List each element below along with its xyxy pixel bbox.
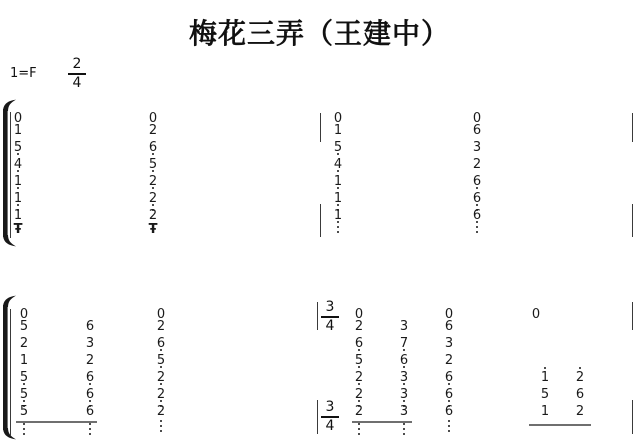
score-title: 梅花三弄（王建中） (0, 17, 639, 51)
note: 1 (534, 372, 556, 384)
note-digit: 1 (541, 370, 549, 385)
note: 2 (348, 372, 370, 384)
note-digit: 1 (541, 404, 549, 419)
octave-dots-below (327, 221, 349, 236)
note: 3 (438, 338, 460, 350)
note: 2 (142, 125, 164, 137)
octave-dots-below (393, 423, 415, 438)
note: 7 (393, 338, 415, 350)
note-digit: 2 (576, 404, 584, 419)
beam (529, 424, 591, 426)
note: 5 (150, 355, 172, 367)
note-digit: 2 (149, 123, 157, 138)
note-digit: 6 (473, 123, 481, 138)
note: 2 (438, 355, 460, 367)
sheet-music-page: 梅花三弄（王建中） 1=F 2 4 0154111Ŧ0265222Ŧ015411… (0, 0, 639, 445)
note: 4 (7, 159, 29, 171)
note-digit: 6 (86, 319, 94, 334)
strike-note: Ŧ (7, 223, 29, 236)
octave-dots-below (438, 420, 460, 435)
note-digit: 2 (149, 208, 157, 223)
note: 5 (142, 159, 164, 171)
note: 6 (79, 321, 101, 333)
note-digit: 1 (14, 208, 22, 223)
note: 1 (7, 193, 29, 205)
note-digit: 2 (473, 157, 481, 172)
octave-dots-below (466, 221, 488, 236)
time-signature-denominator: 4 (320, 319, 340, 334)
note-digit: 1 (334, 123, 342, 138)
note-digit: 2 (157, 319, 165, 334)
octave-dots-below (348, 423, 370, 438)
note: 2 (142, 210, 164, 222)
note: 6 (79, 372, 101, 384)
note: 6 (438, 372, 460, 384)
note: 5 (7, 142, 29, 154)
note-digit: 5 (541, 387, 549, 402)
note: 6 (466, 125, 488, 137)
note-digit: 2 (355, 404, 363, 419)
note: 3 (393, 321, 415, 333)
octave-dots-below (13, 423, 35, 438)
note-digit: 6 (445, 404, 453, 419)
note-digit: 2 (445, 353, 453, 368)
barline (632, 400, 633, 434)
octave-dots-below (79, 423, 101, 438)
time-signature: 34 (320, 400, 340, 434)
note: 1 (7, 125, 29, 137)
note: 6 (466, 176, 488, 188)
note: 2 (150, 321, 172, 333)
note: 2 (142, 176, 164, 188)
note-digit: 3 (445, 336, 453, 351)
start-barline (10, 309, 11, 436)
note: 1 (327, 176, 349, 188)
barline (317, 400, 318, 434)
note: 6 (466, 210, 488, 222)
note: 1 (13, 355, 35, 367)
note: 5 (13, 372, 35, 384)
note: 6 (79, 406, 101, 418)
note: 6 (466, 193, 488, 205)
note: 2 (348, 389, 370, 401)
note: 5 (13, 389, 35, 401)
note: 5 (13, 406, 35, 418)
octave-dots-below (150, 420, 172, 435)
octave-dots-above (534, 367, 556, 372)
note: 2 (466, 159, 488, 171)
time-signature-numerator: 3 (320, 400, 340, 415)
note: 1 (7, 210, 29, 222)
note: 2 (13, 338, 35, 350)
note: 3 (393, 389, 415, 401)
time-signature-denominator: 4 (320, 419, 340, 434)
note-digit: 2 (86, 353, 94, 368)
note: 6 (438, 406, 460, 418)
note-digit: 3 (400, 404, 408, 419)
note: 6 (150, 338, 172, 350)
note-digit: 6 (445, 319, 453, 334)
note: 5 (348, 355, 370, 367)
barline (632, 302, 633, 330)
note: 3 (393, 372, 415, 384)
note: 1 (7, 176, 29, 188)
barline (320, 204, 321, 237)
note: 6 (79, 389, 101, 401)
note: 5 (534, 389, 556, 401)
note: 2 (348, 406, 370, 418)
note: 1 (327, 125, 349, 137)
barline (632, 204, 633, 237)
barline (320, 113, 321, 142)
barline (317, 302, 318, 330)
note-digit: 3 (400, 319, 408, 334)
note: 6 (393, 355, 415, 367)
note-digit: 6 (576, 387, 584, 402)
time-signature-denominator: 4 (67, 76, 87, 91)
note-digit: 5 (20, 319, 28, 334)
note-digit: 1 (20, 353, 28, 368)
strike-note: Ŧ (142, 223, 164, 236)
note-digit: 5 (20, 404, 28, 419)
note: 4 (327, 159, 349, 171)
note: 6 (438, 389, 460, 401)
note: 6 (142, 142, 164, 154)
note: 3 (393, 406, 415, 418)
barline (632, 113, 633, 142)
rest-zero: 0 (525, 309, 547, 321)
note: 2 (79, 355, 101, 367)
note: 3 (466, 142, 488, 154)
note: 5 (327, 142, 349, 154)
note-digit: 2 (20, 336, 28, 351)
time-signature: 34 (320, 300, 340, 334)
note-digit: 3 (473, 140, 481, 155)
note: 6 (348, 338, 370, 350)
note-digit: 2 (355, 319, 363, 334)
note-digit: 2 (576, 370, 584, 385)
note: 6 (438, 321, 460, 333)
octave-dots-above (569, 367, 591, 372)
note: 1 (534, 406, 556, 418)
note: 6 (569, 389, 591, 401)
header-time-signature: 2 4 (67, 57, 87, 91)
note: 2 (150, 406, 172, 418)
note: 2 (142, 193, 164, 205)
note: 3 (79, 338, 101, 350)
note-digit: 2 (157, 404, 165, 419)
key-signature: 1=F (10, 66, 37, 81)
time-signature-numerator: 3 (320, 300, 340, 315)
note: 1 (327, 193, 349, 205)
note: 2 (150, 389, 172, 401)
note: 2 (569, 372, 591, 384)
note: 2 (569, 406, 591, 418)
note: 1 (327, 210, 349, 222)
note-digit: 3 (86, 336, 94, 351)
note: 2 (150, 372, 172, 384)
note-digit: 6 (86, 404, 94, 419)
note: 2 (348, 321, 370, 333)
note-digit: 1 (14, 123, 22, 138)
note: 5 (13, 321, 35, 333)
time-signature-numerator: 2 (67, 57, 87, 72)
